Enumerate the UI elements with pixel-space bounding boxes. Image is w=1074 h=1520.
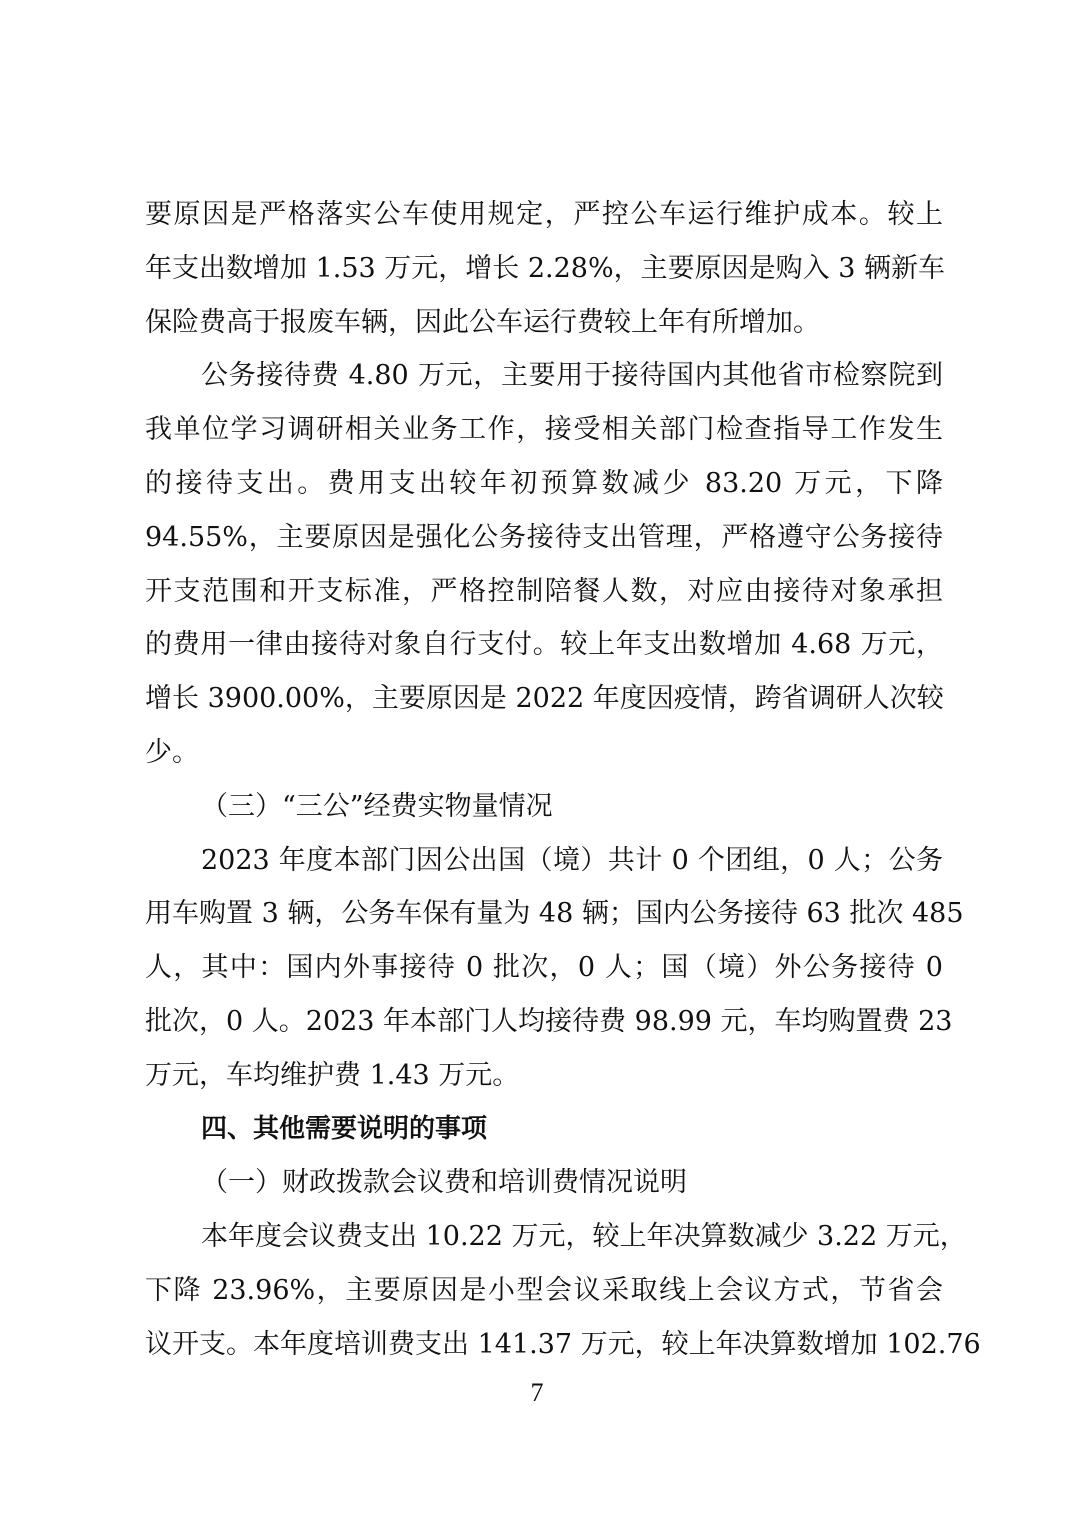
text-line: 下降 23.96%，主要原因是小型会议采取线上会议方式，节省会 <box>145 1264 943 1318</box>
text-line: 增长 3900.00%，主要原因是 2022 年度因疫情，跨省调研人次较 <box>145 672 943 726</box>
paragraph-vehicle-operation: 要原因是严格落实公车使用规定，严控公车运行维护成本。较上 年支出数增加 1.53… <box>145 188 943 349</box>
subheading-meeting-training: （一）财政拨款会议费和培训费情况说明 <box>145 1156 943 1210</box>
text-line: 人，其中：国内外事接待 0 批次，0 人；国（境）外公务接待 0 <box>145 941 943 995</box>
text-line: 本年度会议费支出 10.22 万元，较上年决算数减少 3.22 万元， <box>145 1210 943 1264</box>
text-line: 开支范围和开支标准，严格控制陪餐人数，对应由接待对象承担 <box>145 565 943 619</box>
text-line: 万元，车均维护费 1.43 万元。 <box>145 1049 943 1103</box>
subheading-text: （三）“三公”经费实物量情况 <box>145 780 943 834</box>
text-line: 用车购置 3 辆，公务车保有量为 48 辆；国内公务接待 63 批次 485 <box>145 887 943 941</box>
section-heading-other-matters: 四、其他需要说明的事项 <box>145 1103 943 1157</box>
paragraph-physical-quantity: 2023 年度本部门因公出国（境）共计 0 个团组，0 人；公务 用车购置 3 … <box>145 834 943 1103</box>
text-line: 公务接待费 4.80 万元，主要用于接待国内其他省市检察院到 <box>145 349 943 403</box>
subheading-text: （一）财政拨款会议费和培训费情况说明 <box>145 1156 943 1210</box>
text-line: 我单位学习调研相关业务工作，接受相关部门检查指导工作发生 <box>145 403 943 457</box>
text-line: 的接待支出。费用支出较年初预算数减少 83.20 万元，下降 <box>145 457 943 511</box>
text-line: 年支出数增加 1.53 万元，增长 2.28%，主要原因是购入 3 辆新车 <box>145 242 943 296</box>
subheading-three-public-quantity: （三）“三公”经费实物量情况 <box>145 780 943 834</box>
text-line: 94.55%，主要原因是强化公务接待支出管理，严格遵守公务接待 <box>145 511 943 565</box>
text-line: 要原因是严格落实公车使用规定，严控公车运行维护成本。较上 <box>145 188 943 242</box>
paragraph-meeting-training: 本年度会议费支出 10.22 万元，较上年决算数减少 3.22 万元， 下降 2… <box>145 1210 943 1371</box>
document-page: 要原因是严格落实公车使用规定，严控公车运行维护成本。较上 年支出数增加 1.53… <box>145 188 943 1372</box>
paragraph-reception-expense: 公务接待费 4.80 万元，主要用于接待国内其他省市检察院到 我单位学习调研相关… <box>145 349 943 779</box>
section-heading-text: 四、其他需要说明的事项 <box>145 1103 943 1157</box>
text-line: 少。 <box>145 726 943 780</box>
text-line: 2023 年度本部门因公出国（境）共计 0 个团组，0 人；公务 <box>145 834 943 888</box>
text-line: 保险费高于报废车辆，因此公车运行费较上年有所增加。 <box>145 296 943 350</box>
text-line: 批次，0 人。2023 年本部门人均接待费 98.99 元，车均购置费 23 <box>145 995 943 1049</box>
text-line: 议开支。本年度培训费支出 141.37 万元，较上年决算数增加 102.76 <box>145 1318 943 1372</box>
text-line: 的费用一律由接待对象自行支付。较上年支出数增加 4.68 万元， <box>145 618 943 672</box>
page-number: 7 <box>0 1378 1074 1408</box>
